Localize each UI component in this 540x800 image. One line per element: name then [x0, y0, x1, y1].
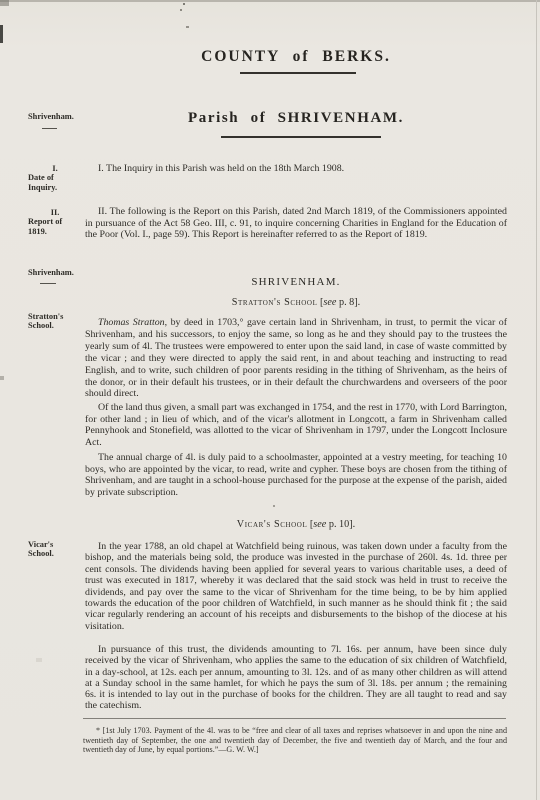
margin-note-shrivenham-section: Shrivenham. — [28, 268, 82, 277]
vicars-school-heading: Vicar's School [see p. 10]. — [85, 519, 507, 530]
scan-corner-mark — [0, 0, 9, 6]
scan-speck — [36, 658, 42, 662]
scan-speck — [183, 3, 185, 5]
margin-note-text: Inquiry. — [28, 183, 82, 192]
margin-note-numeral: I. — [28, 164, 82, 173]
margin-note-date-of-inquiry: I. Date of Inquiry. — [28, 164, 82, 192]
page-reference: p. 10]. — [326, 519, 355, 530]
margin-note-text: Shrivenham. — [28, 268, 82, 277]
scan-edge-right — [536, 0, 537, 800]
footnote: * [1st July 1703. Payment of the 4l. was… — [83, 726, 507, 755]
margin-note-text: Shrivenham. — [28, 112, 82, 121]
stratton-deed-paragraph: Thomas Stratton, by deed in 1703,° gave … — [85, 317, 507, 400]
county-heading: COUNTY of BERKS. — [85, 48, 507, 66]
margin-note-text: Date of — [28, 173, 82, 182]
margin-note-report-of-1819: II. Report of 1819. — [28, 208, 82, 236]
scan-edge-top — [0, 0, 540, 2]
see-word: see — [323, 297, 336, 308]
trust-dividends-paragraph: In pursuance of this trust, the dividend… — [85, 644, 507, 712]
paragraph-text: , by deed in 1703,° gave certain land in… — [85, 317, 507, 399]
margin-note-text: Stratton's — [28, 312, 82, 321]
margin-note-numeral: II. — [28, 208, 82, 217]
scan-speck — [0, 376, 4, 380]
watchfield-chapel-paragraph: In the year 1788, an old chapel at Watch… — [85, 541, 507, 632]
page-reference: p. 8]. — [336, 297, 360, 308]
parish-heading-rule — [221, 136, 381, 138]
margin-note-text: School. — [28, 321, 82, 330]
shrivenham-section-heading: SHRIVENHAM. — [85, 276, 507, 288]
donor-name: Thomas Stratton — [98, 317, 165, 328]
margin-note-text: School. — [28, 549, 82, 558]
margin-note-text: 1819. — [28, 227, 82, 236]
margin-note-text: Vicar's — [28, 540, 82, 549]
school-name: Vicar's School — [237, 519, 308, 530]
school-name: Stratton's School — [232, 297, 318, 308]
strattons-school-heading: Stratton's School [see p. 8]. — [85, 297, 507, 308]
scan-speck — [273, 505, 275, 507]
land-exchange-paragraph: Of the land thus given, a small part was… — [85, 402, 507, 448]
county-heading-rule — [240, 72, 356, 74]
parish-heading: Parish of SHRIVENHAM. — [85, 110, 507, 127]
margin-note-vicars-school: Vicar's School. — [28, 540, 82, 559]
scan-left-smudge — [0, 25, 3, 43]
see-word: see — [313, 519, 326, 530]
margin-note-strattons-school: Stratton's School. — [28, 312, 82, 331]
margin-note-underline — [40, 283, 56, 284]
scanned-document-page: COUNTY of BERKS. Parish of SHRIVENHAM. S… — [0, 0, 540, 800]
margin-note-underline — [42, 128, 57, 129]
scan-speck — [180, 9, 182, 11]
report-paragraph: II. The following is the Report on this … — [85, 206, 507, 241]
scan-speck — [186, 26, 189, 28]
margin-note-text: Report of — [28, 217, 82, 226]
margin-note-shrivenham-top: Shrivenham. — [28, 112, 82, 121]
inquiry-paragraph: I. The Inquiry in this Parish was held o… — [85, 163, 507, 175]
footnote-rule — [83, 718, 506, 719]
annual-charge-paragraph: The annual charge of 4l. is duly paid to… — [85, 452, 507, 498]
